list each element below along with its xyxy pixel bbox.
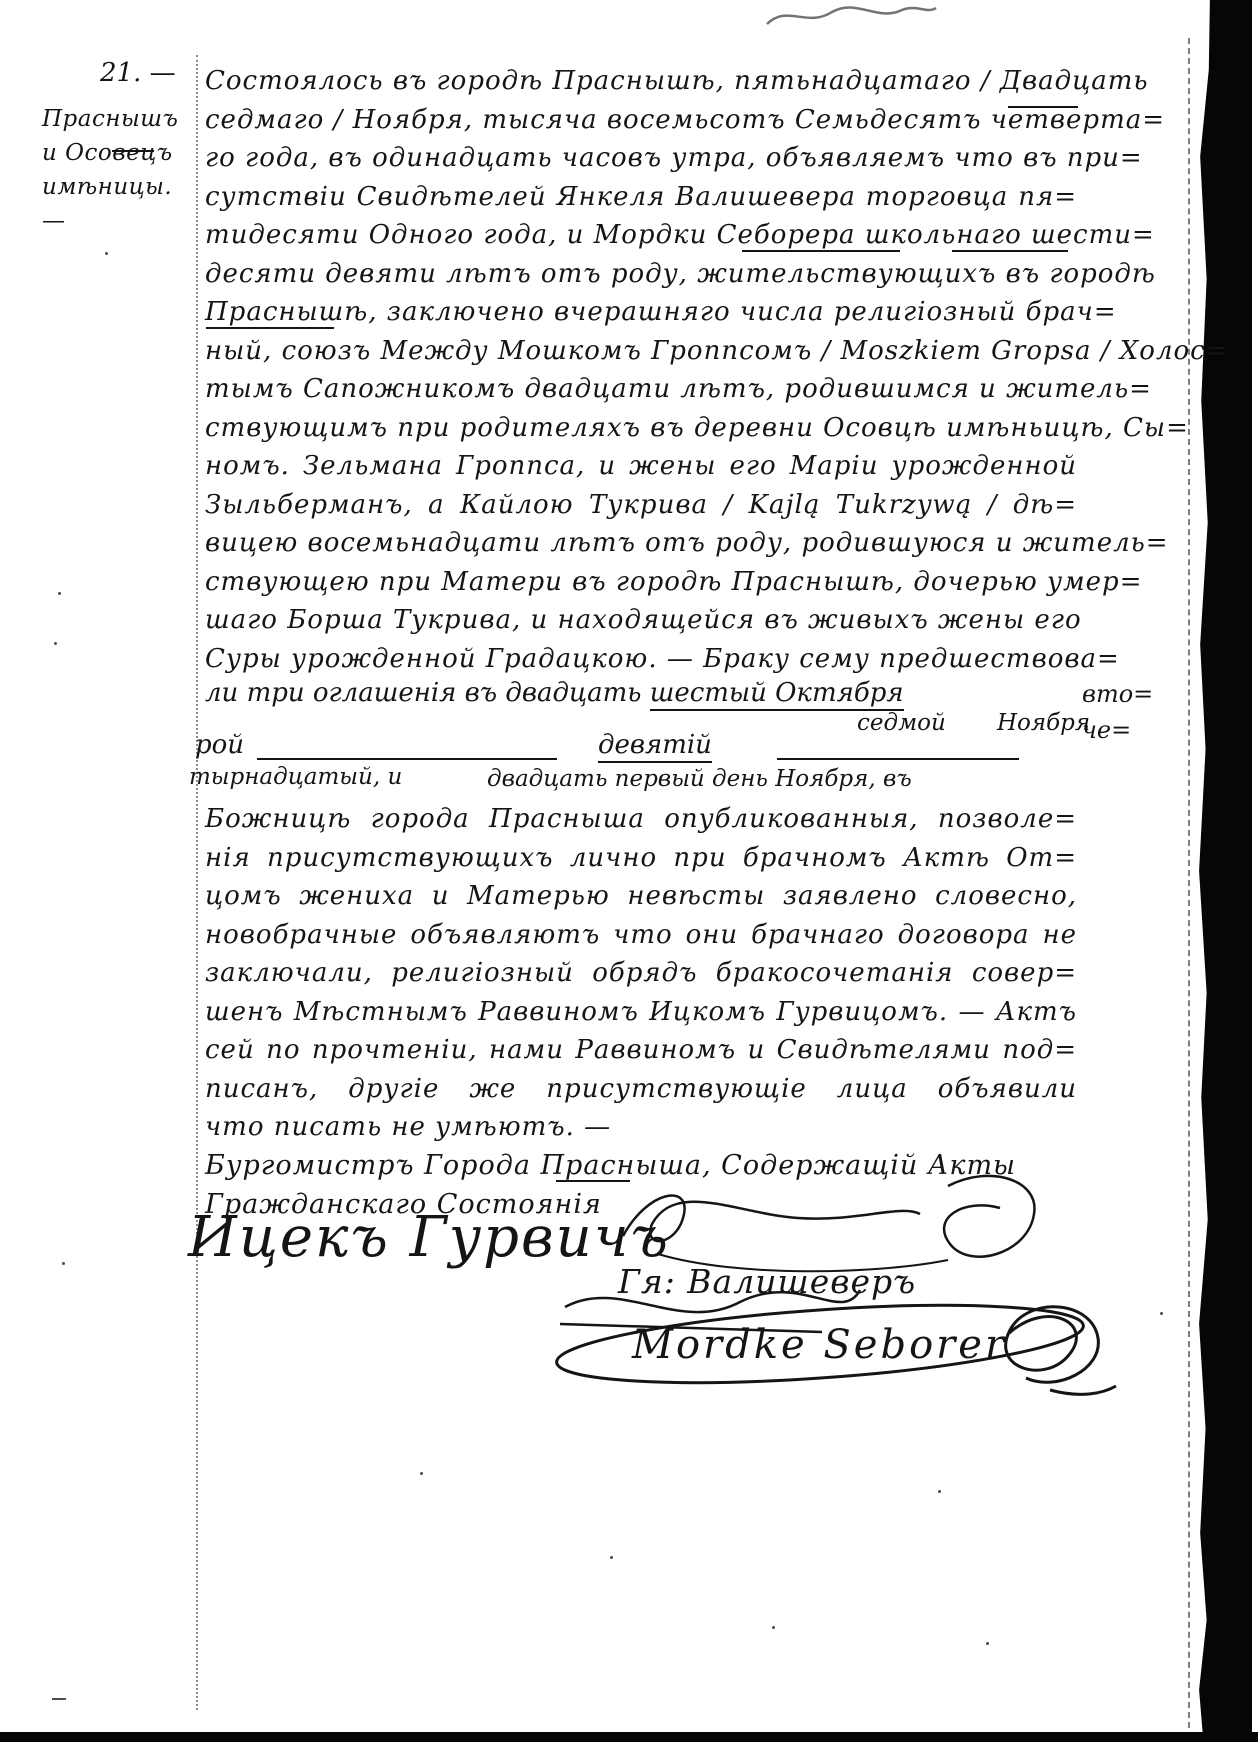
scan-speck [52, 1698, 66, 1700]
correction-zone: ли три оглашенія въ двадцать шестый Октя… [205, 678, 1077, 800]
record-line: Состоялось въ городѣ Праснышѣ, пятьнадца… [205, 62, 1077, 101]
record-line: что писать не умѣютъ. — [205, 1108, 1077, 1147]
emphasis-underline [206, 327, 334, 329]
record-line: седмаго / Ноября, тысяча восемьсотъ Семь… [205, 101, 1077, 140]
struck-text: девятій [598, 730, 712, 763]
correction-row: ли три оглашенія въ двадцать шестый Октя… [205, 678, 904, 708]
record-line: нія присутствующихъ лично при брачномъ А… [205, 839, 1077, 878]
record-line: Праснышѣ, заключено вчерашняго числа рел… [205, 293, 1077, 332]
record-line: шенъ Мѣстнымъ Раввиномъ Ицкомъ Гурвицомъ… [205, 993, 1077, 1032]
record-line: ствующимъ при родителяхъ въ деревни Осов… [205, 409, 1077, 448]
scan-speck [986, 1642, 989, 1645]
edge-word: вто= [1082, 680, 1153, 708]
record-line: десяти девяти лѣтъ отъ роду, жительствую… [205, 255, 1077, 294]
record-line-fragment: ли три оглашенія въ двадцать [205, 678, 650, 708]
emphasis-underline [742, 250, 900, 252]
interlinear-insert: Ноября [997, 710, 1090, 736]
bleedthrough-fragment [762, 2, 942, 32]
record-line: новобрачные объявляютъ что они брачнаго … [205, 916, 1077, 955]
scan-speck [1160, 1312, 1163, 1315]
scanned-page: 21. — Праснышъ и Осовецъ имѣницы. — Сост… [0, 0, 1258, 1742]
scan-speck [58, 592, 61, 595]
record-line: цомъ жениха и Матерью невѣсты заявлено с… [205, 877, 1077, 916]
record-text: Состоялось въ городѣ Праснышѣ, пятьнадца… [205, 62, 1077, 1147]
record-line: го года, въ одинадцать часовъ утра, объя… [205, 139, 1077, 178]
right-rule-line [1188, 38, 1190, 1738]
scan-gutter-band [1198, 0, 1252, 1742]
record-line: вицею восемьнадцати лѣтъ отъ роду, родив… [205, 524, 1077, 563]
scan-speck [420, 1472, 423, 1475]
record-line: Суры урожденной Градацкою. — Браку сему … [205, 640, 1077, 679]
entry-number: 21. — [100, 58, 192, 88]
struck-text: шестый Октября [650, 678, 904, 711]
record-line: сутствіи Свидѣтелей Янкеля Валишевера то… [205, 178, 1077, 217]
margin-column: 21. — Праснышъ и Осовецъ имѣницы. — [42, 58, 192, 238]
witness2-signature: Mordke Seborer [632, 1322, 1007, 1368]
record-line: ный, союзъ Между Мошкомъ Гроппсомъ / Mos… [205, 332, 1077, 371]
margin-separator-line [196, 55, 198, 1710]
record-line: заключали, религіозный обрядъ бракосочет… [205, 954, 1077, 993]
record-line: номъ. Зельмана Гроппса, и жены его Маріи… [205, 447, 1077, 486]
interlinear-insert: седмой [857, 710, 946, 736]
scan-speck [772, 1626, 775, 1629]
interlinear-insert: тырнадцатый, и [189, 764, 402, 790]
scan-speck [54, 642, 57, 645]
margin-note-line: и Осовецъ [42, 136, 192, 170]
record-line: шаго Борша Тукрива, и находящейся въ жив… [205, 601, 1077, 640]
scan-edge-bar [0, 1732, 1258, 1742]
margin-dash [112, 150, 154, 152]
strike-rule [777, 758, 1019, 760]
record-line: тымъ Сапожникомъ двадцати лѣтъ, родившим… [205, 370, 1077, 409]
record-line: ствующею при Матери въ городѣ Праснышѣ, … [205, 563, 1077, 602]
scan-speck [105, 252, 108, 255]
record-line: сей по прочтеніи, нами Раввиномъ и Свидѣ… [205, 1031, 1077, 1070]
record-line: Зыльберманъ, а Кайлою Тукрива / Kajlą Tu… [205, 486, 1077, 525]
emphasis-underline [952, 250, 1068, 252]
scan-speck [62, 1262, 65, 1265]
record-line: тидесяти Одного года, и Мордки Себорера … [205, 216, 1077, 255]
record-line-fragment: рой [195, 730, 244, 760]
interlinear-insert: двадцать первый день Ноября, въ [487, 766, 912, 792]
strike-rule [257, 758, 557, 760]
scan-speck [938, 1490, 941, 1493]
record-line: писанъ, другіе же присутствующіе лица об… [205, 1070, 1077, 1109]
record-line: Божницѣ города Прасныша опубликованныя, … [205, 800, 1077, 839]
rabbi-signature: Ицекъ Гурвичъ [188, 1205, 670, 1270]
edge-word-insert: че= [1082, 716, 1131, 744]
margin-note-line: Праснышъ [42, 102, 192, 136]
scan-speck [610, 1556, 613, 1559]
margin-note-line: имѣницы. — [42, 170, 192, 238]
